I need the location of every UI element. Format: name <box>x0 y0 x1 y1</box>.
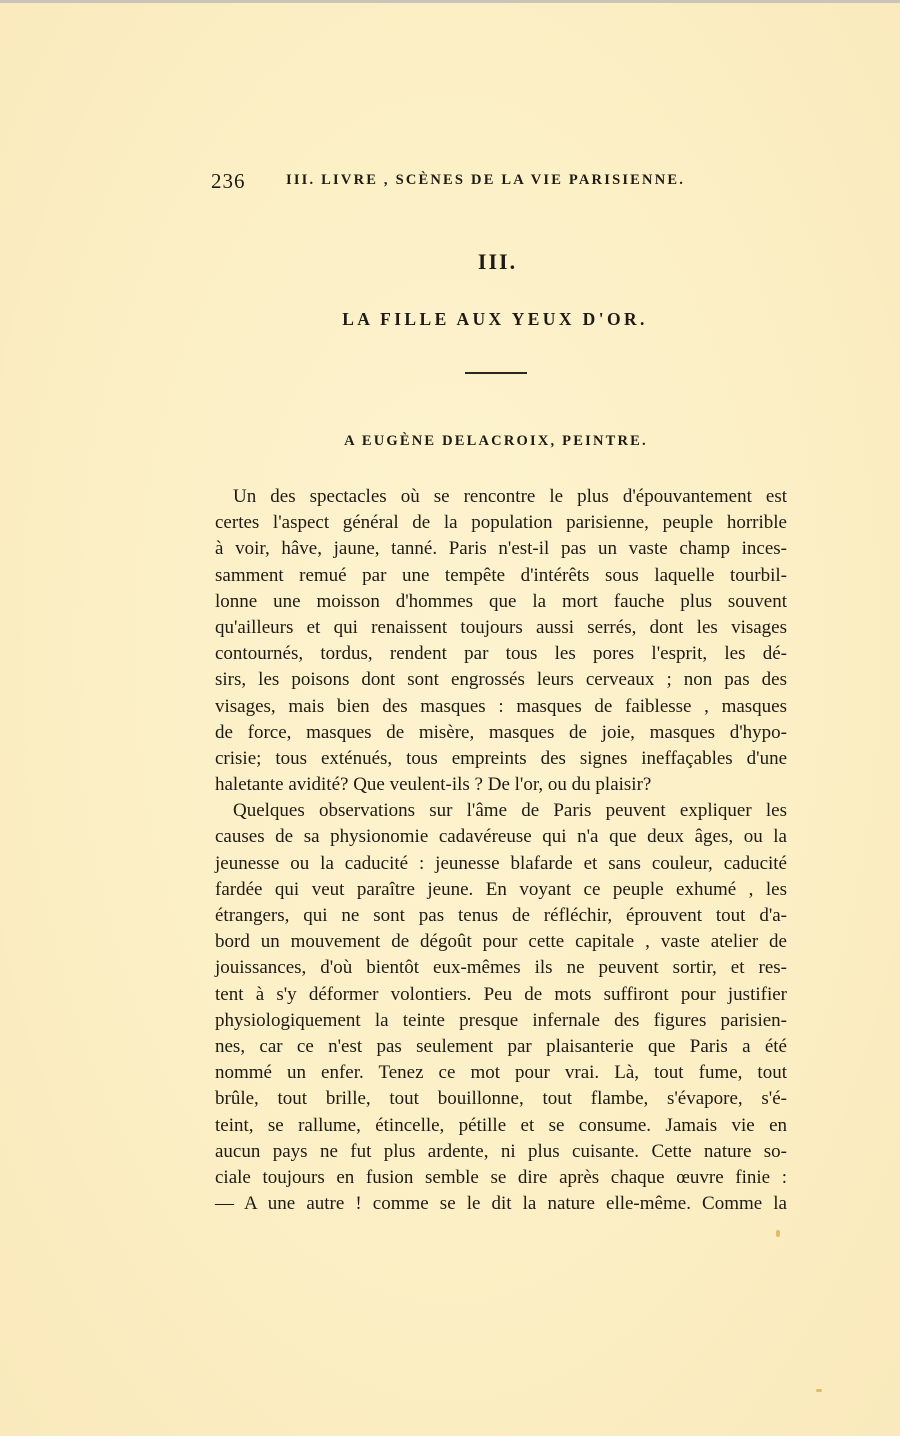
text-line: certes l'aspect général de la population… <box>215 510 787 536</box>
page-number: 236 <box>211 169 246 194</box>
text-line: haletante avidité? Que veulent-ils ? De … <box>215 772 787 798</box>
paper-speck <box>776 1230 780 1237</box>
text-line: qu'ailleurs et qui renaissent toujours a… <box>215 615 787 641</box>
section-rule-divider <box>465 372 527 374</box>
body-text: Un des spectacles où se rencontre le plu… <box>215 484 787 1217</box>
text-line: fardée qui veut paraître jeune. En voyan… <box>215 877 787 903</box>
text-line: physiologiquement la teinte presque infe… <box>215 1008 787 1034</box>
text-line: samment remué par une tempête d'intérêts… <box>215 563 787 589</box>
text-line: contournés, tordus, rendent par tous les… <box>215 641 787 667</box>
part-number: III. <box>0 249 900 275</box>
text-line: jouissances, d'où bientôt eux-mêmes ils … <box>215 955 787 981</box>
text-line: tent à s'y déformer volontiers. Peu de m… <box>215 982 787 1008</box>
running-head: 236 III. LIVRE , SCÈNES DE LA VIE PARISI… <box>211 169 711 193</box>
paragraph-2: Quelques observations sur l'âme de Paris… <box>215 798 787 1217</box>
text-line: nommé un enfer. Tenez ce mot pour vrai. … <box>215 1060 787 1086</box>
paragraph-1: Un des spectacles où se rencontre le plu… <box>215 484 787 798</box>
text-line: sirs, les poisons dont sont engrossés le… <box>215 667 787 693</box>
text-line: à voir, hâve, jaune, tanné. Paris n'est-… <box>215 536 787 562</box>
text-line: étrangers, qui ne sont pas tenus de réfl… <box>215 903 787 929</box>
text-line: de force, masques de misère, masques de … <box>215 720 787 746</box>
text-line: brûle, tout brille, tout bouillonne, tou… <box>215 1086 787 1112</box>
text-line: lonne une moisson d'hommes que la mort f… <box>215 589 787 615</box>
text-line: — A une autre ! comme se le dit la natur… <box>215 1191 787 1217</box>
story-title: LA FILLE AUX YEUX D'OR. <box>0 309 900 330</box>
text-line: ciale toujours en fusion semble se dire … <box>215 1165 787 1191</box>
text-line: nes, car ce n'est pas seulement par plai… <box>215 1034 787 1060</box>
text-line: jeunesse ou la caducité : jeunesse blafa… <box>215 851 787 877</box>
text-line: teint, se rallume, étincelle, pétille et… <box>215 1113 787 1139</box>
running-head-title: III. LIVRE , SCÈNES DE LA VIE PARISIENNE… <box>286 172 685 189</box>
book-page: 236 III. LIVRE , SCÈNES DE LA VIE PARISI… <box>0 3 900 1436</box>
text-line: Quelques observations sur l'âme de Paris… <box>215 798 787 824</box>
dedication: A EUGÈNE DELACROIX, PEINTRE. <box>0 433 900 450</box>
text-line: Un des spectacles où se rencontre le plu… <box>215 484 787 510</box>
text-line: bord un mouvement de dégoût pour cette c… <box>215 929 787 955</box>
paper-speck <box>816 1389 822 1392</box>
text-line: visages, mais bien des masques : masques… <box>215 694 787 720</box>
text-line: causes de sa physionomie cadavéreuse qui… <box>215 824 787 850</box>
text-line: crisie; tous exténués, tous empreints de… <box>215 746 787 772</box>
text-line: aucun pays ne fut plus ardente, ni plus … <box>215 1139 787 1165</box>
